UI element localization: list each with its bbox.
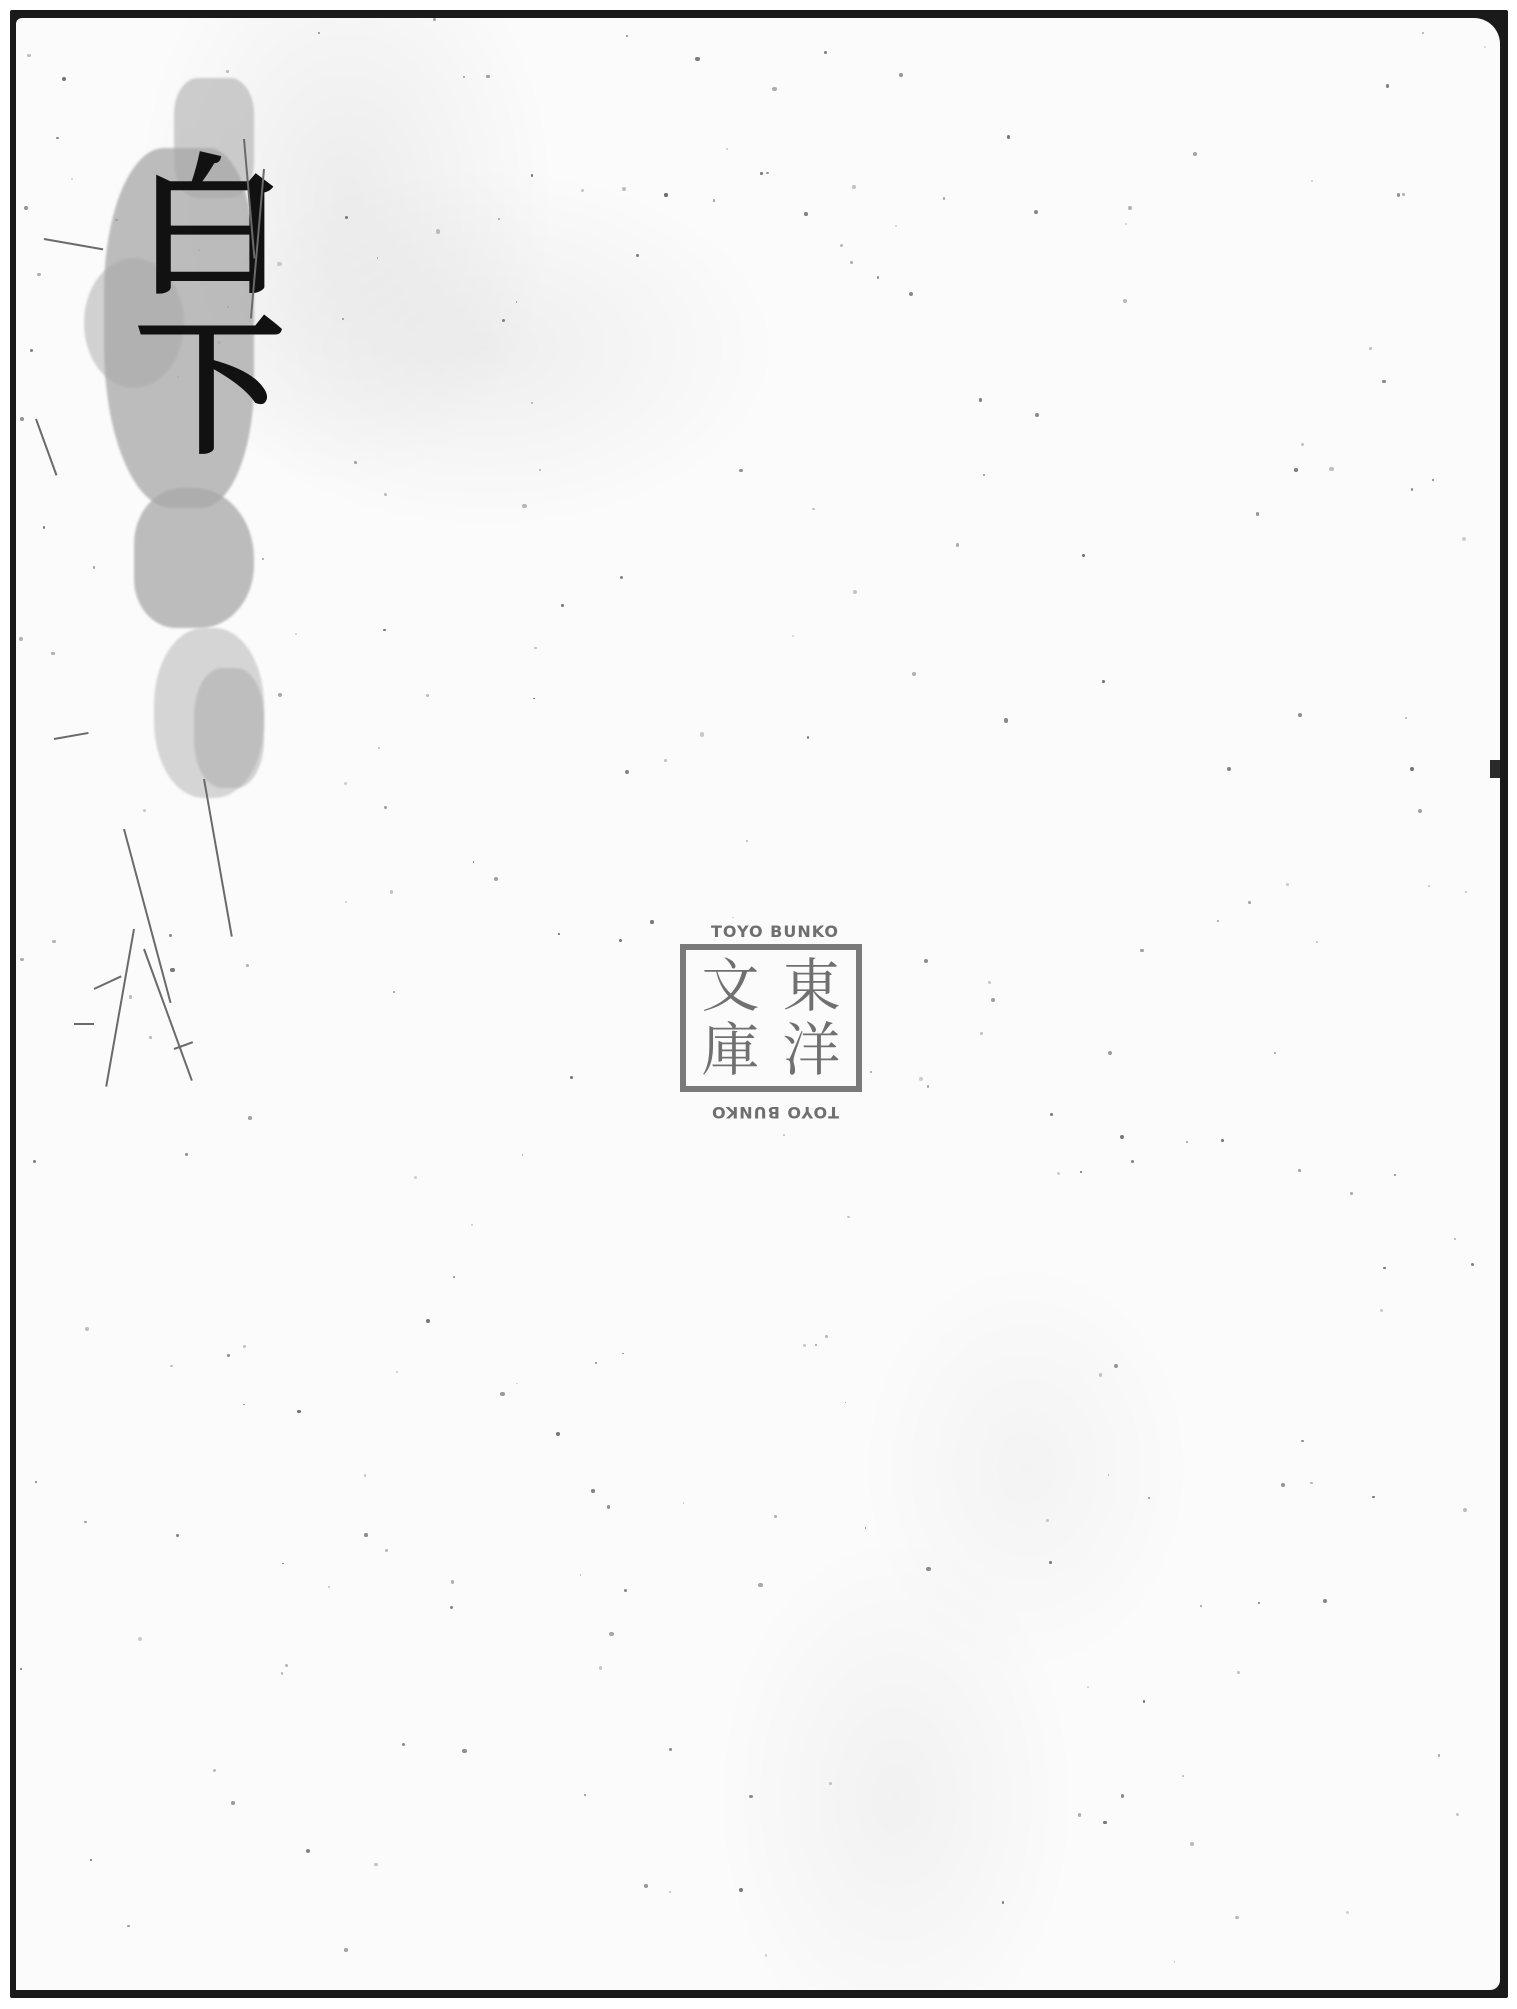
paper-fiber: [105, 929, 135, 1087]
paper-speck: [1402, 193, 1405, 196]
paper-speck: [912, 672, 916, 676]
paper-speck: [1140, 949, 1144, 953]
paper-speck: [1035, 413, 1039, 417]
paper-speck: [396, 1371, 398, 1373]
paper-speck: [1108, 1051, 1112, 1055]
paper-speck: [956, 543, 960, 547]
paper-speck: [285, 1664, 288, 1667]
slip-stain: [134, 488, 254, 628]
paper-speck: [297, 1410, 300, 1413]
paper-fiber: [44, 238, 103, 250]
paper-speck: [739, 469, 743, 473]
paper-speck: [1256, 512, 1259, 515]
paper-speck: [516, 301, 518, 303]
paper-speck: [772, 87, 776, 91]
paper-speck: [1221, 1139, 1224, 1142]
paper-speck: [500, 1392, 504, 1396]
paper-speck: [20, 417, 24, 421]
paper-speck: [354, 461, 357, 464]
paper-speck: [895, 225, 897, 227]
seal-box: 文 東 庫 洋: [680, 944, 862, 1092]
paper-speck: [1080, 1171, 1082, 1173]
paper-speck: [1484, 46, 1486, 48]
paper-speck: [213, 1769, 216, 1772]
paper-speck: [1123, 299, 1127, 303]
paper-speck: [20, 958, 23, 961]
paper-speck: [1410, 767, 1414, 771]
paper-speck: [556, 1432, 560, 1436]
paper-fiber: [35, 419, 57, 476]
paper-speck: [664, 759, 667, 762]
seal-bottom-text: TOYO BUNKO: [672, 1103, 878, 1122]
paper-speck: [127, 1925, 130, 1928]
paper-speck: [1125, 223, 1127, 225]
paper-speck: [943, 197, 946, 200]
paper-speck: [850, 261, 853, 264]
paper-speck: [281, 1672, 283, 1674]
paper-speck: [558, 933, 560, 935]
paper-speck: [344, 782, 347, 785]
paper-speck: [486, 75, 490, 79]
paper-fiber: [143, 949, 193, 1081]
paper-speck: [774, 1515, 777, 1518]
paper-speck: [1438, 1754, 1441, 1757]
paper-speck: [533, 698, 535, 700]
paper-speck: [1004, 718, 1008, 722]
paper-speck: [760, 172, 763, 175]
paper-speck: [726, 148, 728, 150]
paper-speck: [377, 257, 379, 259]
paper-speck: [364, 1474, 366, 1476]
paper-speck: [328, 1586, 330, 1588]
paper-speck: [1383, 1267, 1385, 1269]
paper-speck: [1432, 479, 1434, 481]
paper-speck: [426, 694, 429, 697]
paper-speck: [1114, 1364, 1118, 1368]
paper-speck: [378, 747, 380, 749]
paper-speck: [1235, 1916, 1239, 1920]
paper-speck: [30, 349, 33, 352]
paper-speck: [1057, 1172, 1060, 1175]
paper-speck: [27, 54, 30, 57]
paper-speck: [494, 877, 498, 881]
seal-char-bottom-left: 庫: [690, 1018, 771, 1082]
paper-speck: [374, 1863, 378, 1867]
paper-speck: [1298, 713, 1302, 717]
paper-speck: [243, 1345, 246, 1348]
paper-speck: [1128, 206, 1132, 210]
paper-speck: [227, 1354, 230, 1357]
paper-speck: [243, 1404, 245, 1406]
paper-speck: [306, 1849, 310, 1853]
paper-speck: [1394, 1174, 1396, 1176]
paper-speck: [1120, 1135, 1124, 1139]
paper-speck: [1386, 84, 1390, 88]
paper-speck: [1471, 1263, 1474, 1266]
paper-speck: [899, 73, 903, 77]
paper-speck: [609, 1632, 613, 1636]
paper-speck: [342, 318, 344, 320]
paper-speck: [700, 732, 704, 736]
paper-speck: [622, 187, 626, 191]
paper-fiber: [54, 732, 89, 740]
paper-speck: [248, 1116, 252, 1120]
paper-speck: [185, 1153, 188, 1156]
paper-speck: [812, 508, 815, 511]
paper-speck: [345, 216, 348, 219]
paper-speck: [783, 1134, 785, 1136]
paper-fiber: [74, 1023, 94, 1025]
paper-speck: [231, 1801, 234, 1804]
paper-speck: [1405, 717, 1407, 719]
paper-speck: [758, 1583, 762, 1587]
paper-speck: [732, 917, 734, 919]
paper-speck: [650, 920, 653, 923]
paper-speck: [765, 1954, 767, 1956]
paper-speck: [1274, 1052, 1276, 1054]
library-seal: TOYO BUNKO 文 東 庫 洋 TOYO BUNKO: [672, 922, 878, 1122]
paper-speck: [531, 402, 533, 404]
paper-speck: [384, 493, 387, 496]
paper-speck: [1258, 1602, 1260, 1604]
paper-speck: [462, 1749, 466, 1753]
paper-speck: [1350, 1192, 1352, 1194]
paper-speck: [90, 1859, 92, 1861]
paper-speck: [852, 185, 856, 189]
paper-speck: [845, 1402, 847, 1404]
paper-speck: [1316, 941, 1318, 943]
paper-speck: [815, 1344, 817, 1346]
book-cover: 白下 TOYO BUNKO 文 東 庫 洋 TOYO BUNKO: [16, 18, 1500, 1990]
paper-speck: [919, 1077, 923, 1081]
paper-fiber: [123, 829, 172, 1003]
paper-speck: [451, 1580, 455, 1584]
paper-speck: [1237, 1671, 1240, 1674]
paper-speck: [1007, 135, 1011, 139]
paper-speck: [33, 1160, 36, 1163]
paper-speck: [1382, 380, 1386, 384]
paper-speck: [683, 1502, 685, 1504]
paper-speck: [988, 981, 991, 984]
paper-speck: [669, 1891, 671, 1893]
paper-speck: [473, 861, 475, 863]
paper-speck: [1108, 1474, 1110, 1476]
paper-speck: [739, 1888, 743, 1892]
paper-speck: [393, 991, 395, 993]
paper-speck: [433, 18, 436, 21]
paper-speck: [624, 1589, 627, 1592]
paper-speck: [1193, 152, 1197, 156]
paper-speck: [1099, 1373, 1103, 1377]
paper-speck: [1456, 1813, 1459, 1816]
paper-speck: [669, 1748, 672, 1751]
paper-speck: [453, 1276, 455, 1278]
paper-speck: [390, 890, 393, 893]
paper-speck: [766, 172, 768, 174]
paper-speck: [983, 474, 985, 476]
paper-speck: [37, 273, 41, 277]
paper-speck: [1200, 1605, 1202, 1607]
paper-speck: [498, 218, 500, 220]
paper-speck: [1148, 1497, 1150, 1499]
paper-speck: [1082, 554, 1085, 557]
paper-speck: [792, 635, 794, 637]
paper-speck: [1298, 1169, 1301, 1172]
paper-speck: [539, 469, 541, 471]
paper-speck: [1103, 1821, 1107, 1825]
paper-fiber: [94, 975, 122, 989]
paper-speck: [847, 1216, 849, 1218]
paper-speck: [927, 1085, 929, 1087]
paper-speck: [636, 254, 639, 257]
paper-speck: [531, 174, 534, 177]
paper-speck: [1190, 1842, 1194, 1846]
paper-speck: [1418, 809, 1422, 813]
paper-speck: [622, 1353, 624, 1355]
paper-speck: [980, 1032, 983, 1035]
paper-speck: [1301, 443, 1304, 446]
paper-speck: [1294, 468, 1297, 471]
paper-speck: [1050, 1113, 1053, 1116]
paper-speck: [384, 806, 387, 809]
paper-speck: [1465, 891, 1467, 893]
paper-speck: [35, 1481, 37, 1483]
paper-speck: [1329, 467, 1333, 471]
paper-speck: [19, 637, 23, 641]
paper-speck: [471, 1224, 473, 1226]
paper-speck: [1248, 901, 1251, 904]
paper-speck: [282, 1563, 284, 1565]
paper-speck: [176, 1534, 180, 1538]
paper-speck: [807, 736, 810, 739]
paper-speck: [385, 1549, 388, 1552]
paper-speck: [1002, 1901, 1005, 1904]
paper-speck: [463, 76, 465, 78]
paper-speck: [170, 1365, 173, 1368]
paper-speck: [591, 1489, 594, 1492]
paper-speck: [619, 939, 622, 942]
paper-speck: [1078, 1813, 1082, 1817]
paper-speck: [1174, 1961, 1176, 1963]
paper-speck: [1310, 1482, 1313, 1485]
paper-speck: [1462, 537, 1466, 541]
paper-speck: [599, 1666, 602, 1669]
slip-stain: [194, 668, 264, 788]
paper-speck: [56, 137, 58, 139]
paper-speck: [1087, 1686, 1089, 1688]
title-label-text: 白下: [114, 148, 284, 468]
paper-speck: [344, 1948, 347, 1951]
paper-speck: [24, 206, 28, 210]
paper-speck: [644, 1884, 648, 1888]
paper-speck: [450, 1606, 453, 1609]
paper-speck: [1380, 1309, 1383, 1312]
seal-top-text: TOYO BUNKO: [672, 922, 878, 941]
paper-speck: [829, 1782, 832, 1785]
paper-fiber: [203, 779, 233, 937]
paper-speck: [1102, 680, 1105, 683]
paper-speck: [595, 1362, 597, 1364]
paper-speck: [516, 1383, 518, 1385]
paper-speck: [522, 504, 526, 508]
paper-speck: [746, 840, 748, 842]
paper-speck: [584, 1794, 586, 1796]
paper-speck: [402, 1743, 405, 1746]
paper-speck: [1422, 32, 1424, 34]
paper-speck: [825, 1335, 828, 1338]
paper-speck: [1034, 210, 1038, 214]
paper-speck: [570, 1076, 573, 1079]
paper-speck: [85, 1327, 89, 1331]
paper-speck: [713, 199, 715, 201]
paper-speck: [991, 998, 995, 1002]
paper-speck: [226, 70, 229, 73]
paper-speck: [580, 1574, 582, 1576]
paper-speck: [1046, 1519, 1049, 1522]
paper-speck: [804, 212, 808, 216]
paper-speck: [625, 770, 629, 774]
seal-char-top-right: 東: [771, 954, 852, 1018]
paper-speck: [414, 1176, 417, 1179]
paper-speck: [1131, 1160, 1134, 1163]
paper-speck: [979, 398, 982, 401]
title-slip: 白下: [64, 88, 314, 1098]
paper-speck: [865, 1527, 867, 1529]
paper-speck: [620, 576, 623, 579]
paper-speck: [1311, 180, 1313, 182]
paper-speck: [695, 57, 699, 61]
paper-speck: [1323, 1599, 1327, 1603]
paper-speck: [877, 276, 879, 278]
paper-speck: [626, 35, 629, 38]
paper-speck: [426, 1319, 430, 1323]
seal-char-top-left: 文: [690, 954, 771, 1018]
paper-speck: [534, 647, 536, 649]
paper-speck: [1227, 767, 1231, 771]
paper-speck: [364, 1533, 367, 1536]
paper-speck: [383, 629, 386, 632]
paper-speck: [1182, 1775, 1184, 1777]
paper-speck: [1428, 885, 1430, 887]
paper-speck: [749, 1795, 752, 1798]
paper-speck: [924, 959, 928, 963]
seal-char-bottom-right: 洋: [771, 1018, 852, 1082]
paper-speck: [803, 1344, 806, 1347]
edge-notch: [1490, 760, 1500, 778]
paper-speck: [607, 1505, 610, 1508]
paper-speck: [502, 319, 505, 322]
paper-speck: [1286, 883, 1289, 886]
paper-speck: [1143, 1700, 1145, 1702]
paper-speck: [1301, 1440, 1304, 1443]
paper-speck: [51, 652, 54, 655]
paper-speck: [522, 1154, 524, 1156]
paper-speck: [20, 1668, 22, 1670]
paper-speck: [1217, 920, 1219, 922]
paper-speck: [1346, 1911, 1349, 1914]
paper-speck: [43, 526, 46, 529]
paper-speck: [581, 189, 584, 192]
paper-speck: [318, 32, 320, 34]
paper-speck: [909, 292, 913, 296]
paper-speck: [84, 1521, 86, 1523]
paper-speck: [1454, 1238, 1456, 1240]
paper-speck: [345, 901, 347, 903]
paper-speck: [840, 244, 843, 247]
paper-speck: [1121, 1794, 1124, 1797]
paper-speck: [853, 590, 857, 594]
paper-speck: [1281, 1483, 1285, 1487]
paper-speck: [1372, 1496, 1375, 1499]
paper-speck: [561, 604, 564, 607]
paper-speck: [1411, 488, 1413, 490]
paper-speck: [1186, 1141, 1188, 1143]
paper-speck: [926, 1567, 930, 1571]
paper-speck: [1369, 347, 1372, 350]
paper-speck: [436, 229, 440, 233]
paper-speck: [1049, 1561, 1052, 1564]
paper-speck: [824, 51, 827, 54]
paper-speck: [138, 1637, 142, 1641]
paper-speck: [1463, 1508, 1467, 1512]
paper-speck: [1397, 193, 1400, 196]
paper-speck: [664, 193, 667, 196]
paper-speck: [52, 940, 56, 944]
paper-speck: [62, 77, 66, 81]
